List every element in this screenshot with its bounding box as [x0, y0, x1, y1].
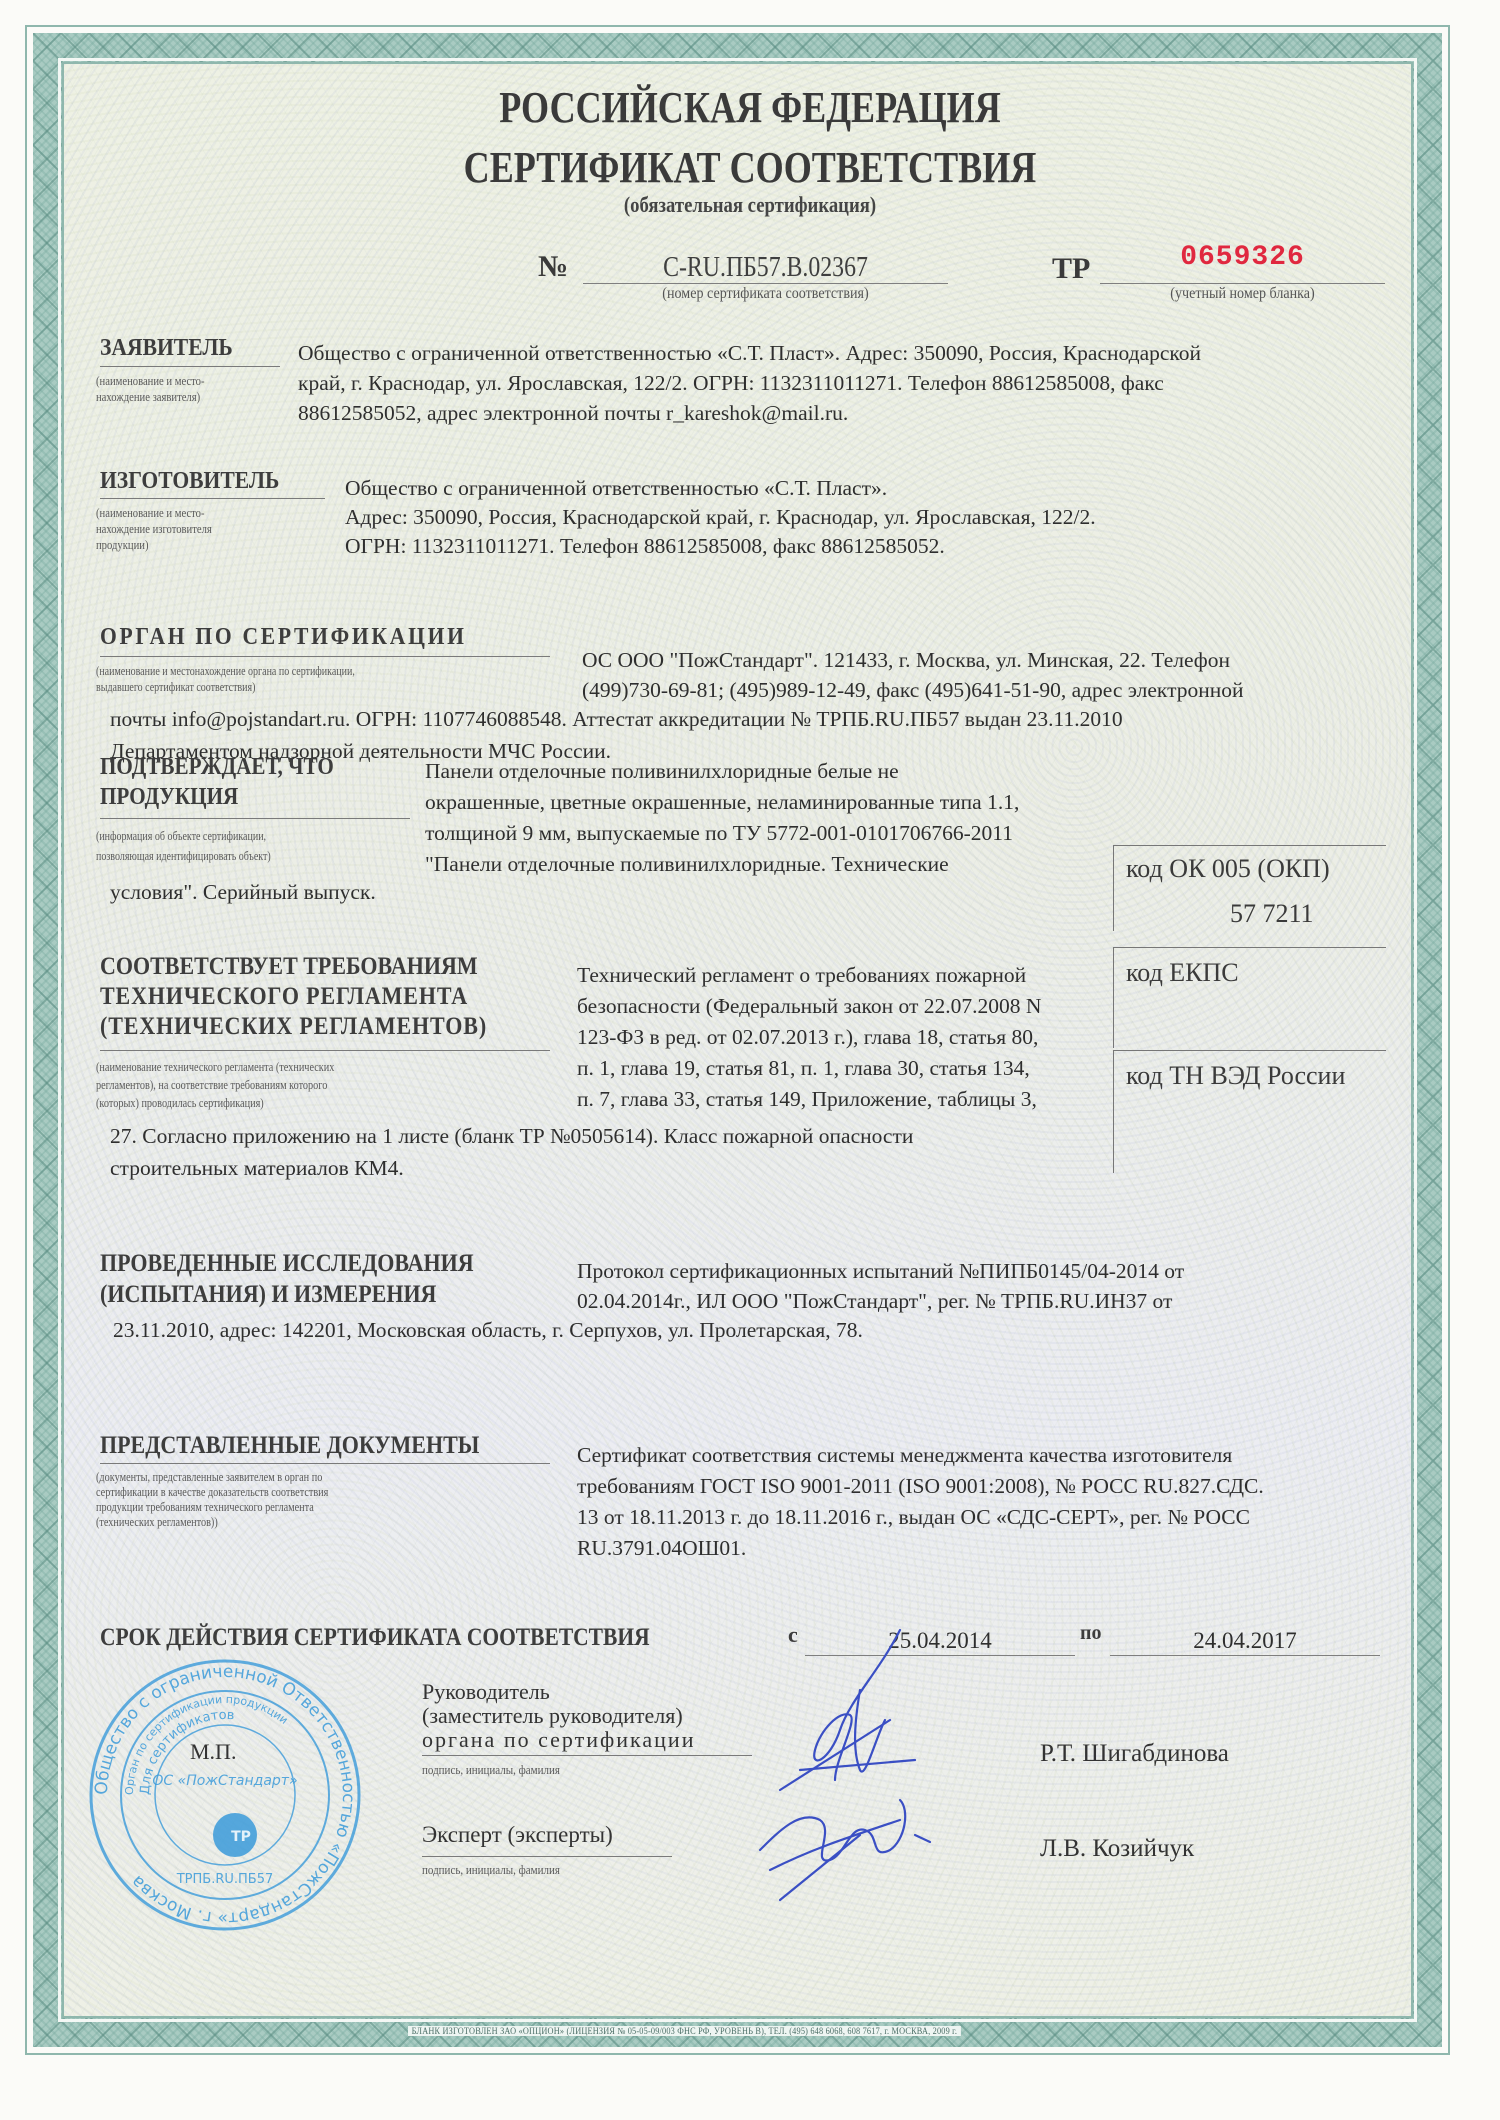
code-box-okp: код ОК 005 (ОКП) 57 7211: [1113, 845, 1386, 931]
official-seal-stamp: Общество с ограниченной Ответственностью…: [85, 1655, 365, 1935]
code-okp-value: 57 7211: [1230, 899, 1314, 929]
blank-number-caption: (учетный номер бланка): [1117, 285, 1368, 303]
head-signatory-name: Р.Т. Шигабдинова: [1040, 1740, 1229, 1768]
validity-heading: СРОК ДЕЙСТВИЯ СЕРТИФИКАТА СООТВЕТСТВИЯ: [100, 1624, 650, 1652]
product-heading-rule: [100, 818, 410, 819]
documents-text: Сертификат соответствия системы менеджме…: [577, 1440, 1264, 1564]
documents-heading-rule: [100, 1463, 550, 1464]
applicant-text: Общество с ограниченной ответственностью…: [298, 338, 1201, 428]
head-signatory-label: Руководитель (заместитель руководителя) …: [422, 1680, 695, 1752]
manufacturer-hint: (наименование и место- нахождение изгото…: [96, 505, 212, 553]
head-signature-caption: подпись, инициалы, фамилия: [422, 1762, 560, 1778]
expert-signature-line: [422, 1856, 672, 1857]
code-tnved-label: код ТН ВЭД России: [1126, 1061, 1345, 1091]
regulations-continuation: 27. Согласно приложению на 1 листе (блан…: [110, 1120, 913, 1184]
certificate-subtitle: (обязательная сертификация): [113, 192, 1388, 218]
country-title: РОССИЙСКАЯ ФЕДЕРАЦИЯ: [135, 82, 1365, 133]
regulations-text: Технический регламент о требованиях пожа…: [577, 960, 1041, 1115]
tests-heading: ПРОВЕДЕННЫЕ ИССЛЕДОВАНИЯ (ИСПЫТАНИЯ) И И…: [100, 1248, 474, 1310]
certificate-number-caption: (номер сертификата соответствия): [605, 285, 926, 303]
svg-text:ОС «ПожСтандарт»: ОС «ПожСтандарт»: [152, 1773, 297, 1789]
certification-body-text: ОС ООО "ПожСтандарт". 121433, г. Москва,…: [582, 645, 1244, 705]
tests-text: Протокол сертификационных испытаний №ПИП…: [577, 1256, 1184, 1316]
handwritten-signatures: [740, 1620, 960, 1920]
expert-signature-caption: подпись, инициалы, фамилия: [422, 1862, 560, 1878]
applicant-heading: ЗАЯВИТЕЛЬ: [100, 335, 233, 362]
certification-body-heading: ОРГАН ПО СЕРТИФИКАЦИИ: [100, 624, 467, 651]
svg-text:ТР: ТР: [231, 1829, 251, 1845]
certificate-number-label: №: [538, 250, 568, 284]
certification-body-hint: (наименование и местонахождение органа п…: [96, 663, 355, 695]
applicant-hint: (наименование и место- нахождение заявит…: [96, 373, 205, 405]
certificate-number-value: C-RU.ПБ57.В.02367: [610, 252, 920, 284]
svg-text:ТРПБ.RU.ПБ57: ТРПБ.RU.ПБ57: [176, 1872, 274, 1887]
code-ekps-label: код ЕКПС: [1126, 958, 1239, 988]
regulations-hint: (наименование технического регламента (т…: [96, 1058, 334, 1112]
blank-number-underline: [1100, 283, 1385, 284]
validity-to-label: по: [1080, 1622, 1102, 1645]
certificate-document: РОССИЙСКАЯ ФЕДЕРАЦИЯ СЕРТИФИКАТ СООТВЕТС…: [0, 0, 1500, 2120]
blank-number-value: 0659326: [1100, 242, 1385, 273]
product-hint: (информация об объекте сертификации, поз…: [96, 826, 271, 866]
regulations-heading-rule: [100, 1050, 550, 1051]
certificate-title: СЕРТИФИКАТ СООТВЕТСТВИЯ: [135, 142, 1365, 193]
documents-heading: ПРЕДСТАВЛЕННЫЕ ДОКУМЕНТЫ: [100, 1432, 479, 1460]
printer-imprint: БЛАНК ИЗГОТОВЛЕН ЗАО «ОПЦИОН» (ЛИЦЕНЗИЯ …: [408, 2026, 961, 2036]
manufacturer-heading: ИЗГОТОВИТЕЛЬ: [100, 468, 279, 495]
product-continuation: условия". Серийный выпуск.: [110, 880, 376, 905]
manufacturer-text: Общество с ограниченной ответственностью…: [345, 474, 1096, 561]
validity-to-date: 24.04.2017: [1110, 1628, 1380, 1654]
applicant-heading-rule: [100, 366, 280, 367]
validity-to-underline: [1110, 1655, 1380, 1656]
expert-label: Эксперт (эксперты): [422, 1823, 613, 1847]
blank-number-label: ТР: [1052, 252, 1090, 286]
manufacturer-heading-rule: [100, 498, 325, 499]
head-signature-line: [422, 1755, 752, 1756]
regulations-heading: СООТВЕТСТВУЕТ ТРЕБОВАНИЯМ ТЕХНИЧЕСКОГО Р…: [100, 952, 487, 1042]
certification-body-heading-rule: [100, 656, 550, 657]
product-heading: ПОДТВЕРЖДАЕТ, ЧТО ПРОДУКЦИЯ: [100, 752, 334, 812]
code-box-ekps: код ЕКПС: [1113, 947, 1386, 1048]
product-text: Панели отделочные поливинилхлоридные бел…: [425, 756, 1019, 880]
code-box-tnved: код ТН ВЭД России: [1113, 1050, 1386, 1173]
tests-continuation: 23.11.2010, адрес: 142201, Московская об…: [113, 1318, 863, 1343]
documents-hint: (документы, представленные заявителем в …: [96, 1470, 328, 1530]
code-okp-label: код ОК 005 (ОКП): [1126, 854, 1330, 884]
expert-name: Л.В. Козийчук: [1040, 1835, 1194, 1863]
seal-place-label: М.П.: [190, 1740, 236, 1764]
